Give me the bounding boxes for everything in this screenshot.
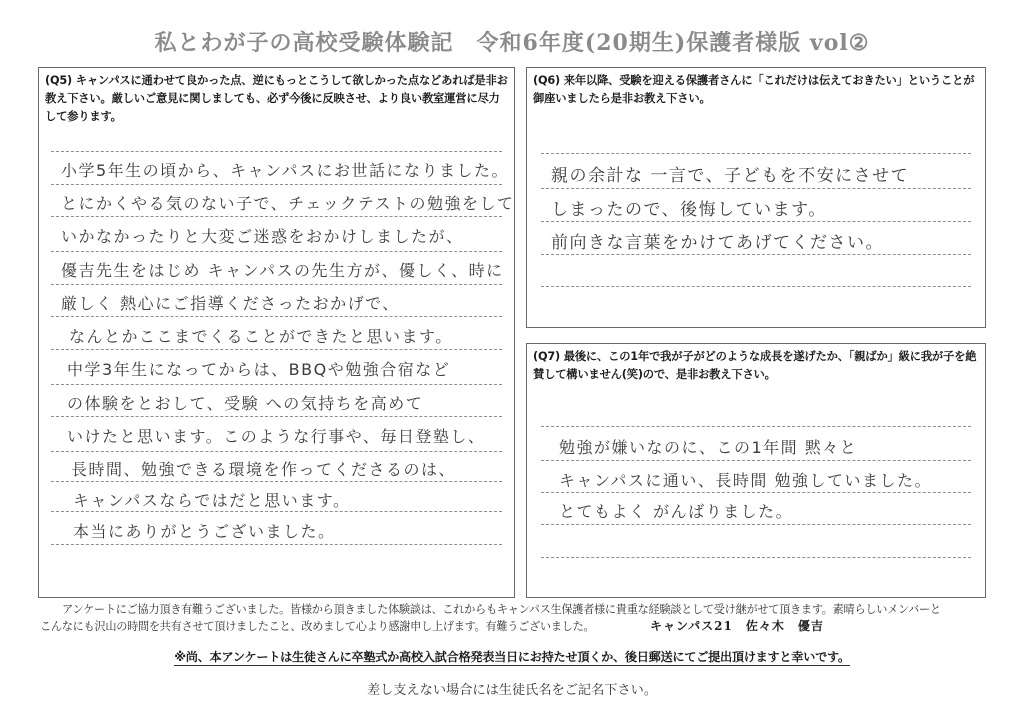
ruled-line: [51, 384, 502, 385]
ruled-line: [541, 460, 971, 461]
submission-note: ※尚、本アンケートは生徒さんに卒塾式か高校入試合格発表当日にお持たせ頂くか、後日…: [0, 648, 1024, 665]
thanks-message-line-1: アンケートにご協力頂き有難うございました。皆様から頂きました体験談は、これからも…: [62, 601, 1022, 617]
ruled-line: [51, 349, 502, 350]
handwritten-answer-line: 前向きな言葉をかけてあげてください。: [551, 228, 884, 253]
ruled-line: [51, 451, 502, 452]
ruled-line: [51, 184, 502, 185]
handwritten-answer-line: 長時間、勉強できる環境を作ってくださるのは、: [71, 457, 456, 480]
question-prompt-q6: (Q6) 来年以降、受験を迎える保護者さんに「これだけは伝えておきたい」というこ…: [533, 72, 979, 108]
ruled-line: [51, 151, 502, 152]
ruled-line: [541, 286, 971, 287]
thanks-message-line-2: こんなにも沢山の時間を共有させて頂けましたこと、改めまして心より感謝申し上げます…: [40, 618, 1000, 634]
ruled-line: [51, 416, 502, 417]
submission-note-text: ※尚、本アンケートは生徒さんに卒塾式か高校入試合格発表当日にお持たせ頂くか、後日…: [174, 650, 850, 666]
ruled-line: [541, 426, 971, 427]
ruled-line: [541, 492, 971, 493]
ruled-line: [541, 221, 971, 222]
ruled-line: [51, 316, 502, 317]
ruled-line: [541, 188, 971, 189]
ruled-line: [51, 284, 502, 285]
question-box-q7: (Q7) 最後に、この1年で我が子がどのような成長を遂げたか、「親ばか」級に我が…: [526, 343, 986, 598]
ruled-line: [51, 544, 502, 545]
handwritten-answer-line: 優吉先生をはじめ キャンパスの先生方が、優しく、時に: [61, 258, 504, 281]
question-prompt-q7: (Q7) 最後に、この1年で我が子がどのような成長を遂げたか、「親ばか」級に我が…: [533, 348, 979, 384]
handwritten-answer-line: なんとかここまでくることができたと思います。: [69, 324, 453, 347]
ruled-line: [51, 511, 502, 512]
handwritten-answer-line: とにかくやる気のない子で、チェックテストの勉強をして: [61, 191, 515, 214]
handwritten-answer-line: 中学3年生になってからは、BBQや勉強合宿など: [67, 357, 450, 380]
ruled-line: [541, 153, 971, 154]
ruled-line: [541, 557, 971, 558]
handwritten-answer-line: の体験をとおして、受験 への気持ちを高めて: [67, 391, 423, 414]
handwritten-answer-line: とてもよく がんばりました。: [559, 499, 793, 522]
ruled-line: [541, 524, 971, 525]
handwritten-answer-line: 小学5年生の頃から、キャンパスにお世話になりました。: [61, 158, 509, 181]
handwritten-answer-line: 勉強が嫌いなのに、この1年間 黙々と: [559, 435, 857, 458]
handwritten-answer-line: キャンパスならではだと思います。: [73, 488, 350, 511]
student-name-request: 差し支えない場合には生徒氏名をご記名下さい。: [0, 679, 1024, 698]
question-box-q6: (Q6) 来年以降、受験を迎える保護者さんに「これだけは伝えておきたい」というこ…: [526, 67, 986, 328]
document-title: 私とわが子の高校受験体験記 令和6年度(20期生)保護者様版 vol②: [0, 26, 1024, 57]
handwritten-answer-line: 厳しく 熱心にご指導くださったおかげで、: [61, 291, 400, 314]
handwritten-answer-line: 本当にありがとうございました。: [73, 519, 336, 542]
handwritten-answer-line: 親の余計な 一言で、子どもを不安にさせて: [551, 161, 909, 186]
ruled-line: [51, 251, 502, 252]
ruled-line: [541, 254, 971, 255]
handwritten-answer-line: しまったので、後悔しています。: [551, 195, 827, 220]
question-prompt-q5: (Q5) キャンパスに通わせて良かった点、逆にもっとこうして欲しかった点などあれ…: [45, 72, 508, 126]
handwritten-answer-line: キャンパスに通い、長時間 勉強していました。: [559, 468, 932, 491]
signature: キャンパス21 佐々木 優吉: [650, 617, 824, 634]
ruled-line: [51, 481, 502, 482]
ruled-line: [51, 216, 502, 217]
question-box-q5: (Q5) キャンパスに通わせて良かった点、逆にもっとこうして欲しかった点などあれ…: [38, 67, 515, 598]
handwritten-answer-line: いかなかったりと大変ご迷惑をおかけしましたが、: [61, 224, 464, 247]
handwritten-answer-line: いけたと思います。このような行事や、毎日登塾し、: [67, 424, 485, 447]
